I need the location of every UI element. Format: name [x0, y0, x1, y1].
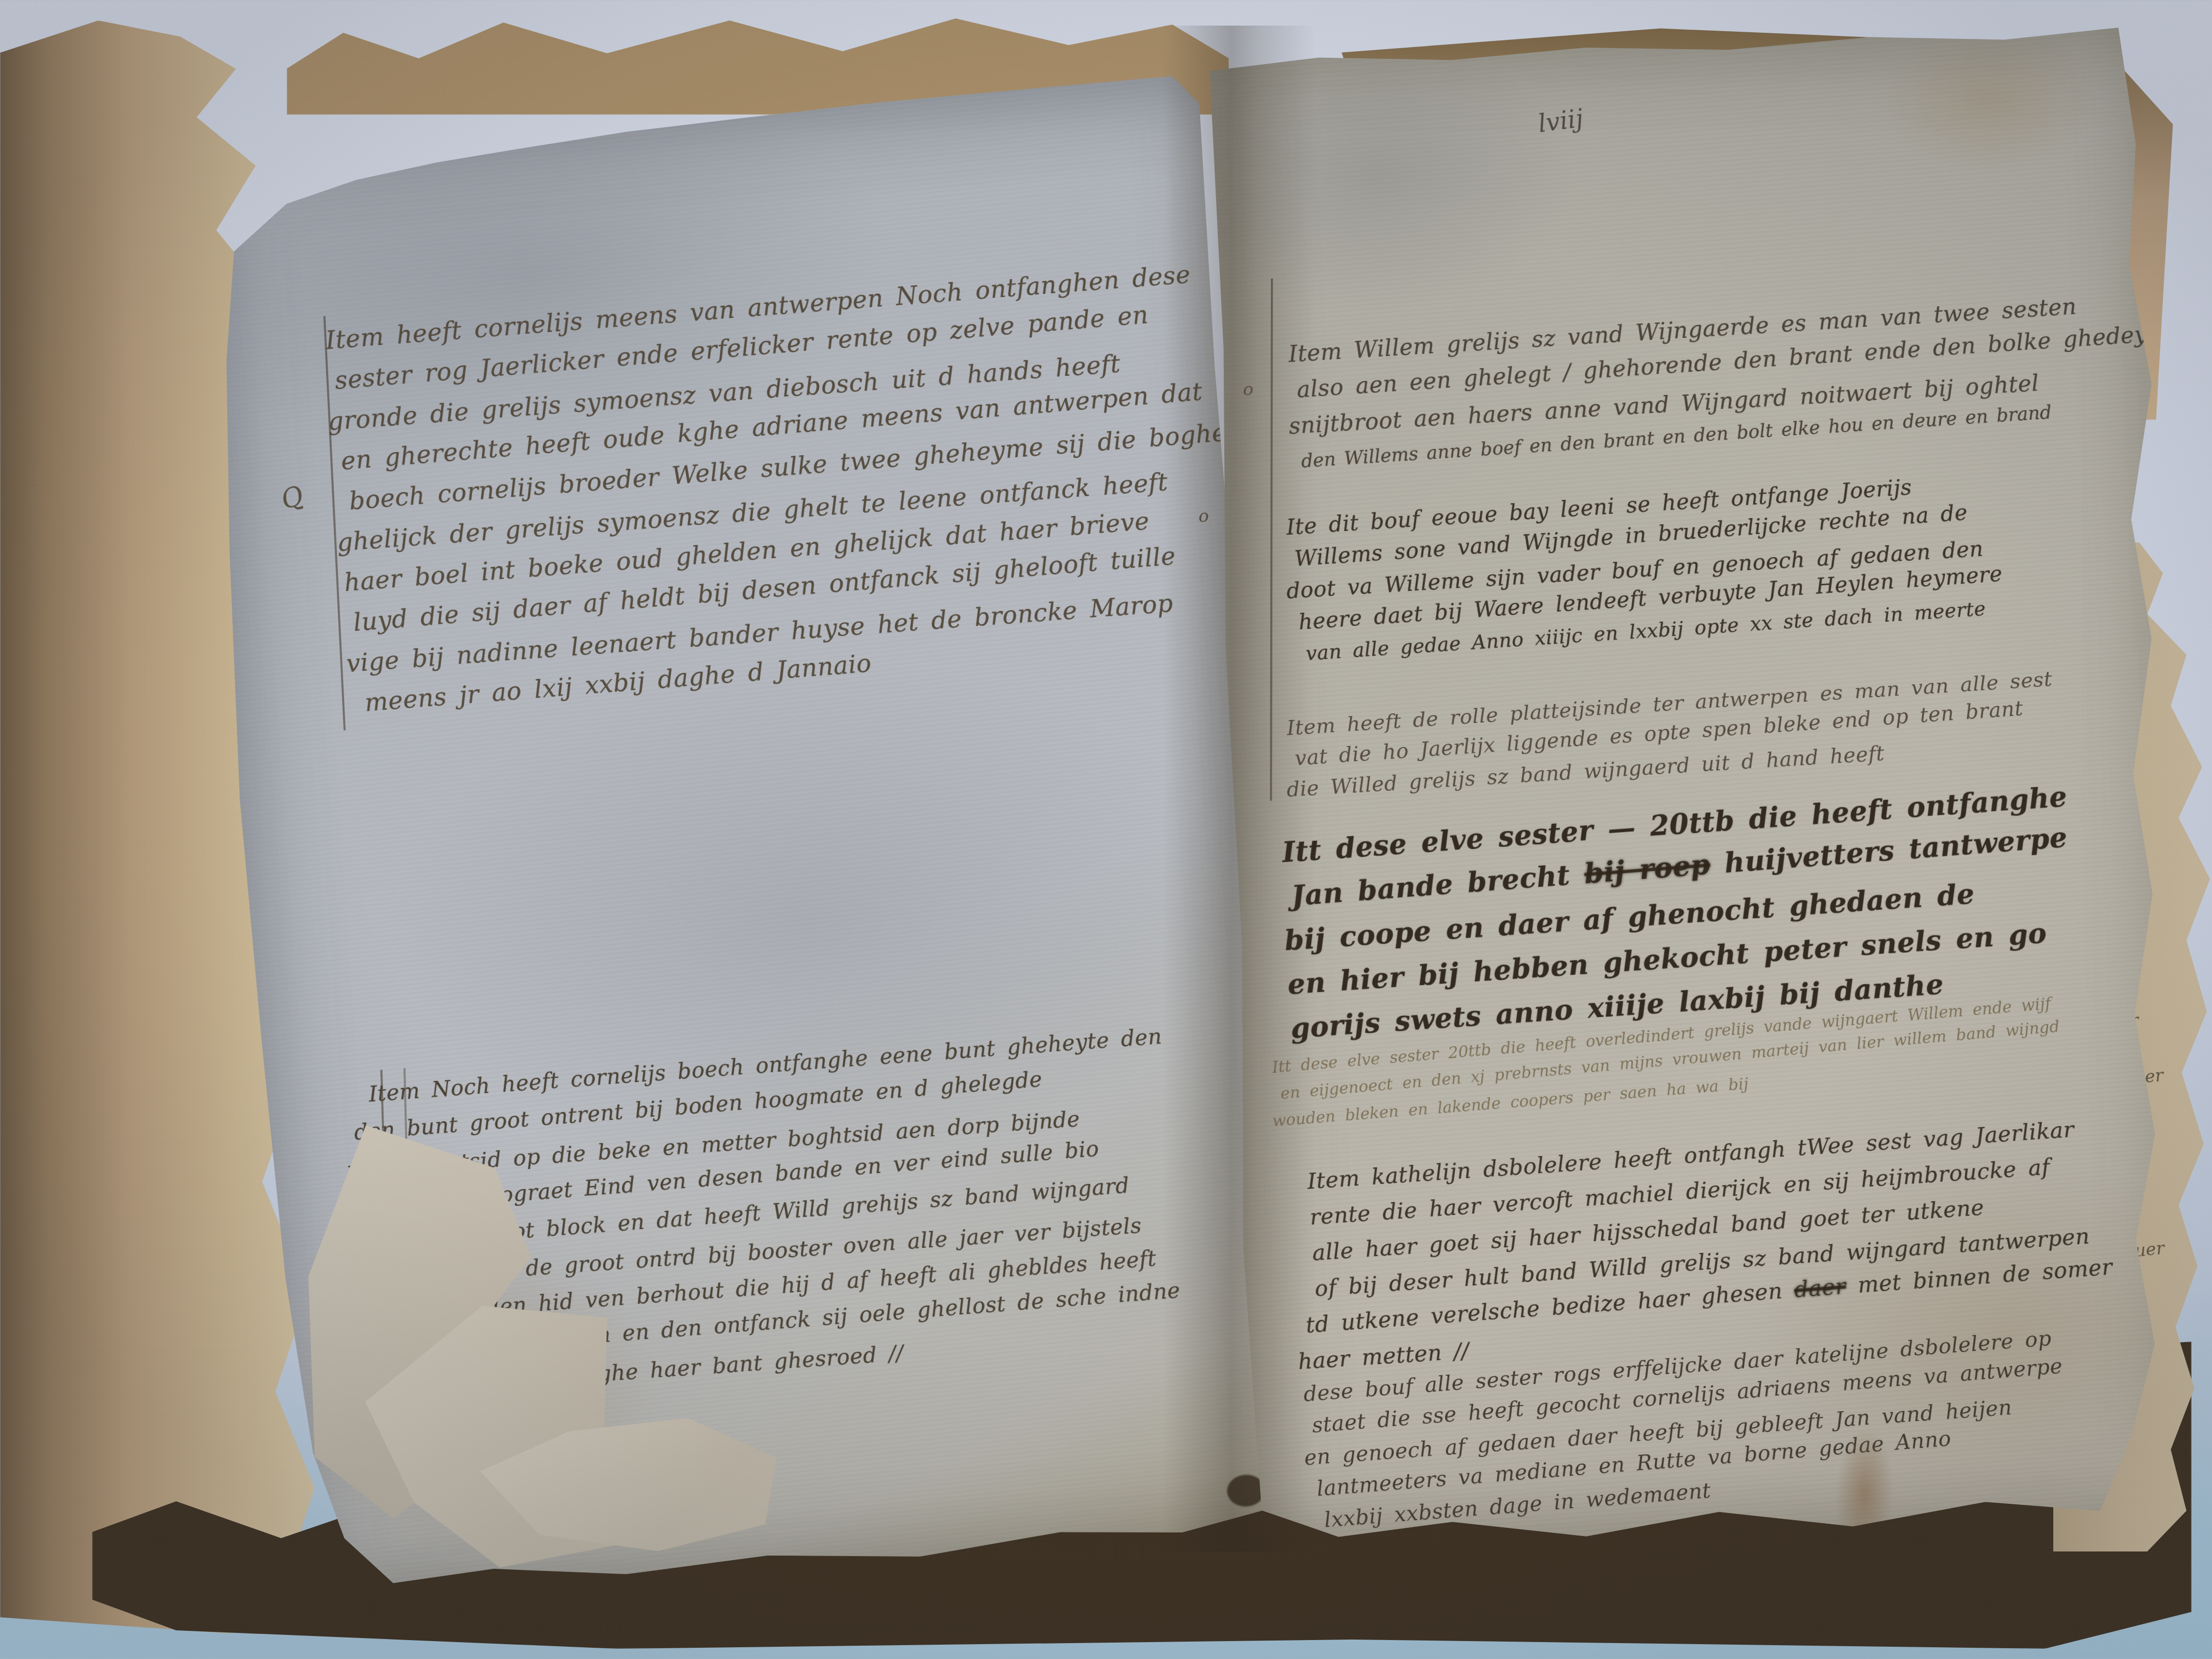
- struck-word: bij roep: [1583, 848, 1711, 890]
- left-page: Q o Item heeft cornelijs meens van antwe…: [191, 74, 1304, 1600]
- manuscript-photo: metnoobij hvan hrtonneltguitmeyvijofnere…: [0, 0, 2212, 1659]
- struck-word: daer: [1793, 1273, 1847, 1303]
- margin-mark: o: [1198, 506, 1209, 527]
- right-page: lviij o Item Willem grelijs sz vand Wijn…: [1204, 24, 2196, 1548]
- text-block-left-1: Item heeft cornelijs meens van antwerpen…: [324, 257, 1193, 724]
- text-block-right-1: Item Willem grelijs sz vand Wijngaerde e…: [1287, 288, 2093, 480]
- margin-mark: o: [1243, 379, 1254, 400]
- photo-backdrop: { "colors":{ "backdrop":"#ccd3e1","backd…: [0, 0, 2212, 1659]
- margin-mark: Q: [277, 480, 307, 516]
- margin-rule-line: [1270, 279, 1273, 801]
- text-block-right-2: Ite dit bouf eeoue bay leeni se heeft on…: [1285, 459, 2103, 670]
- folio-number: lviij: [1537, 104, 1585, 138]
